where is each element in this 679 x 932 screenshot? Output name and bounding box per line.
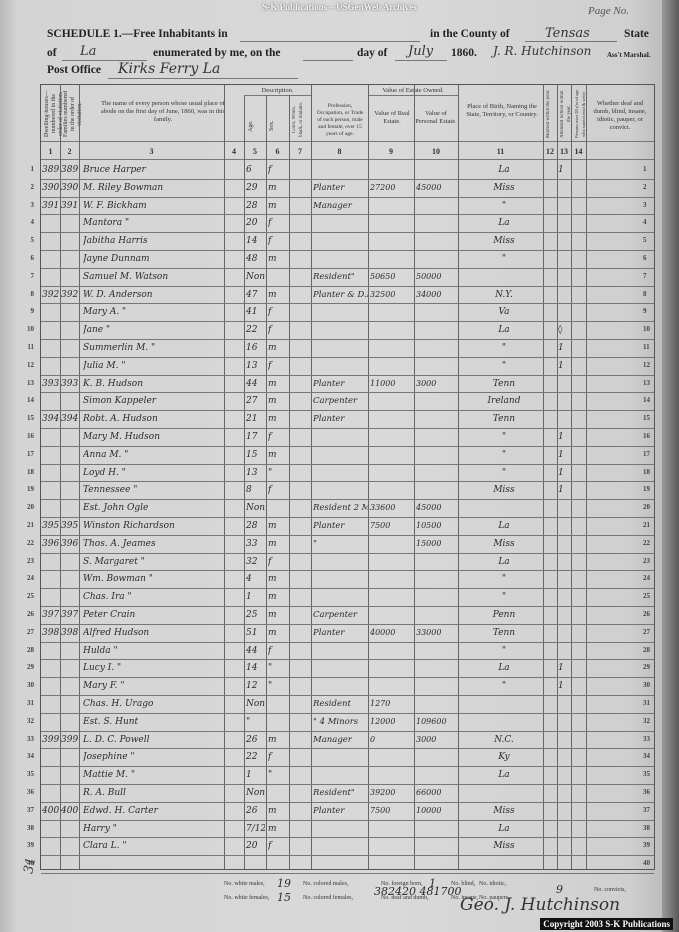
cell-sex: f <box>268 841 288 851</box>
header-illiterate: Persons over 20 y'rs of age who cannot r… <box>573 89 585 139</box>
row-number-right: 6 <box>643 254 647 262</box>
cell-sex: " <box>268 681 288 691</box>
cell-birth: Tenn <box>466 414 542 424</box>
row-number-right: 13 <box>643 379 650 387</box>
cell-birth: La <box>466 557 542 567</box>
row-number-left: 24 <box>20 574 34 582</box>
cell-dw: 393 <box>42 379 59 389</box>
cell-name: Est. S. Hunt <box>83 717 223 727</box>
cell-age: 13 <box>246 361 265 371</box>
table-row: Mary F. "12""1 <box>41 677 654 695</box>
state-label: State <box>624 28 649 40</box>
cell-birth: N.C. <box>466 735 542 745</box>
cell-re: 7500 <box>370 521 414 530</box>
row-number-right: 12 <box>643 361 650 369</box>
footer-idiotic-label: No. idiotic, <box>479 881 506 887</box>
row-number-right: 14 <box>643 396 650 404</box>
table-row: 400400Edwd. H. Carter26mPlanter750010000… <box>41 802 654 820</box>
row-number-right: 30 <box>643 681 650 689</box>
table-row: Josephine "22fKy <box>41 748 654 766</box>
cell-sex: f <box>268 218 288 228</box>
cell-age: 28 <box>246 201 265 211</box>
month-value: July <box>408 44 433 59</box>
estate-divider <box>368 95 458 96</box>
cell-dw: 400 <box>42 806 59 816</box>
month-line <box>395 60 447 61</box>
row-number-right: 1 <box>643 165 647 173</box>
row-number-left: 28 <box>20 646 34 654</box>
row-number-left: 2 <box>20 183 34 191</box>
state-value: La <box>80 44 96 59</box>
cell-occ: Resident" <box>313 788 368 798</box>
table-row: Julia M. "13f"1 <box>41 357 654 375</box>
cell-birth: " <box>466 592 542 602</box>
cell-birth: Ky <box>466 752 542 762</box>
cell-re: 7500 <box>370 806 414 815</box>
cell-age: 14 <box>246 663 265 673</box>
header-age: Age. <box>248 113 260 139</box>
cell-birth: La <box>466 325 542 335</box>
cell-sex: m <box>268 592 288 602</box>
cell-occ: Planter <box>313 414 368 424</box>
cell-birth: " <box>466 646 542 656</box>
footer-white-males-label: No. white males, <box>224 881 265 887</box>
copyright-badge: Copyright 2003 S-K Publications <box>540 918 673 930</box>
cell-name: Robt. A. Hudson <box>83 414 223 424</box>
cell-name: Alfred Hudson <box>83 628 223 638</box>
cell-school: 1 <box>558 361 571 371</box>
column-number: 10 <box>426 147 446 156</box>
table-row: Wm. Bowman "4m" <box>41 570 654 588</box>
cell-sex: f <box>268 646 288 656</box>
cell-fam: 393 <box>61 379 78 389</box>
row-number-right: 19 <box>643 485 650 493</box>
table-row: Anna M. "15m"1 <box>41 446 654 464</box>
post-office-line <box>108 78 298 79</box>
row-number-left: 32 <box>20 717 34 725</box>
row-number-right: 38 <box>643 824 650 832</box>
cell-age: 32 <box>246 557 265 567</box>
table-row: Samuel M. WatsonNonResident"5065050000 <box>41 268 654 286</box>
row-number-right: 29 <box>643 663 650 671</box>
table-row: S. Margaret "32fLa <box>41 553 654 571</box>
day-of-label: day of <box>357 47 387 59</box>
cell-birth: La <box>466 770 542 780</box>
cell-age: 28 <box>246 521 265 531</box>
table-row: Mary M. Hudson17f"1 <box>41 428 654 446</box>
cell-sex: m <box>268 414 288 424</box>
row-number-left: 16 <box>20 432 34 440</box>
cell-sex: m <box>268 574 288 584</box>
county-value: Tensas <box>545 26 590 41</box>
cell-age: 27 <box>246 396 265 406</box>
marshal-value: J. R. Hutchinson <box>493 44 591 58</box>
cell-pe: 3000 <box>416 379 458 388</box>
cell-name: Hulda " <box>83 646 223 656</box>
cell-age: 12 <box>246 681 265 691</box>
cell-re: 33600 <box>370 503 414 512</box>
cell-sex: m <box>268 521 288 531</box>
cell-name: Jane " <box>83 325 223 335</box>
cell-name: Harry " <box>83 824 223 834</box>
row-number-right: 25 <box>643 592 650 600</box>
cell-pe: 66000 <box>416 788 458 797</box>
table-row: Clara L. "20fMiss <box>41 837 654 855</box>
header-divider <box>41 141 654 142</box>
footer-white-females-label: No. white females, <box>224 895 269 901</box>
cell-sex: m <box>268 379 288 389</box>
cell-age: 25 <box>246 610 265 620</box>
table-row: Tennessee "8fMiss1 <box>41 481 654 499</box>
row-number-right: 28 <box>643 646 650 654</box>
row-number-right: 37 <box>643 806 650 814</box>
cell-sex: m <box>268 396 288 406</box>
row-number-left: 30 <box>20 681 34 689</box>
row-number-left: 34 <box>20 752 34 760</box>
cell-sex: m <box>268 201 288 211</box>
footer-white-females-value: 15 <box>277 891 291 904</box>
cell-sex: " <box>268 770 288 780</box>
table-row: Jabitha Harris14fMiss <box>41 232 654 250</box>
row-number-left: 7 <box>20 272 34 280</box>
cell-sex: f <box>268 307 288 317</box>
cell-re: 40000 <box>370 628 414 637</box>
cell-birth: " <box>466 201 542 211</box>
cell-age: 14 <box>246 236 265 246</box>
table-row <box>41 855 654 873</box>
cell-name: R. A. Bull <box>83 788 223 798</box>
table-row: Chas. H. UragoNonResident1270 <box>41 695 654 713</box>
page-edge <box>662 0 679 932</box>
cell-name: Winston Richardson <box>83 521 223 531</box>
cell-sex: m <box>268 183 288 193</box>
header-dwelling: Dwelling-houses—numbered in the order of… <box>44 89 60 139</box>
cell-occ: Manager <box>313 735 368 745</box>
cell-name: Bruce Harper <box>83 165 223 175</box>
table-row: Lucy I. "14"La1 <box>41 659 654 677</box>
cell-re: 0 <box>370 735 414 744</box>
table-row: Chas. Ira "1m" <box>41 588 654 606</box>
cell-age: 26 <box>246 735 265 745</box>
table-row: Mary A. "41fVa <box>41 303 654 321</box>
table-row: 395395Winston Richardson28mPlanter750010… <box>41 517 654 535</box>
footer-colored-males-label: No. colored males, <box>303 881 348 887</box>
row-number-left: 9 <box>20 307 34 315</box>
colnum-divider <box>41 159 654 160</box>
cell-name: W. D. Anderson <box>83 290 223 300</box>
cell-re: 11000 <box>370 379 414 388</box>
row-number-left: 13 <box>20 379 34 387</box>
cell-birth: Tenn <box>466 379 542 389</box>
county-label: in the County of <box>430 28 510 40</box>
cell-school: 1 <box>558 450 571 460</box>
row-number-left: 3 <box>20 201 34 209</box>
cell-pe: 50000 <box>416 272 458 281</box>
cell-sex: f <box>268 557 288 567</box>
cell-birth: Tenn <box>466 628 542 638</box>
footer-colored-females-label: No. colored females, <box>303 895 353 901</box>
column-number: 6 <box>268 147 288 156</box>
cell-school: 1 <box>558 485 571 495</box>
cell-fam: 391 <box>61 201 78 211</box>
row-number-right: 23 <box>643 557 650 565</box>
cell-birth: Penn <box>466 610 542 620</box>
column-number: 9 <box>381 147 401 156</box>
table-row: 398398Alfred Hudson51mPlanter4000033000T… <box>41 624 654 642</box>
row-number-left: 4 <box>20 218 34 226</box>
footer-estate-totals: 382420 481700 <box>374 885 461 898</box>
desc-divider <box>244 95 311 96</box>
row-number-left: 27 <box>20 628 34 636</box>
cell-age: 20 <box>246 218 265 228</box>
cell-dw: 394 <box>42 414 59 424</box>
cell-birth: Ireland <box>466 396 542 406</box>
cell-birth: " <box>466 361 542 371</box>
cell-age: 47 <box>246 290 265 300</box>
cell-age: 41 <box>246 307 265 317</box>
row-number-left: 36 <box>20 788 34 796</box>
cell-occ: Planter & D.M. <box>313 290 368 300</box>
cell-age: 1 <box>246 592 265 602</box>
row-number-left: 22 <box>20 539 34 547</box>
row-number-right: 40 <box>643 859 650 867</box>
row-number-right: 20 <box>643 503 650 511</box>
cell-name: L. D. C. Powell <box>83 735 223 745</box>
row-number-left: 17 <box>20 450 34 458</box>
cell-age: 17 <box>246 432 265 442</box>
cell-age: 4 <box>246 574 265 584</box>
cell-age: 44 <box>246 379 265 389</box>
row-number-left: 5 <box>20 236 34 244</box>
cell-age: 22 <box>246 752 265 762</box>
cell-sex: m <box>268 343 288 353</box>
cell-name: Anna M. " <box>83 450 223 460</box>
cell-name: Edwd. H. Carter <box>83 806 223 816</box>
row-number-right: 35 <box>643 770 650 778</box>
row-number-left: 31 <box>20 699 34 707</box>
row-number-right: 4 <box>643 218 647 226</box>
row-number-right: 5 <box>643 236 647 244</box>
cell-dw: 392 <box>42 290 59 300</box>
cell-name: M. Riley Bowman <box>83 183 223 193</box>
enumerated-label: enumerated by me, on the <box>153 47 280 59</box>
blank-line <box>240 41 420 42</box>
page-no-text: Page No. <box>588 5 629 17</box>
table-row: Harry "7/12mLa <box>41 820 654 838</box>
table-row: Loyd H. "13""1 <box>41 464 654 482</box>
cell-sex: m <box>268 254 288 264</box>
cell-fam: 396 <box>61 539 78 549</box>
cell-birth: La <box>466 165 542 175</box>
cell-age: Non <box>246 272 265 282</box>
cell-birth: " <box>466 432 542 442</box>
cell-fam: 399 <box>61 735 78 745</box>
row-number-left: 11 <box>20 343 34 351</box>
column-number: 1 <box>41 147 61 156</box>
cell-pe: 15000 <box>416 539 458 548</box>
day-line <box>303 60 353 61</box>
post-office-label: Post Office <box>47 64 101 76</box>
row-number-left: 23 <box>20 557 34 565</box>
row-number-right: 8 <box>643 290 647 298</box>
header-married: Married within the year. <box>545 89 557 139</box>
cell-sex: m <box>268 628 288 638</box>
signature: Geo. J. Hutchinson <box>460 895 620 915</box>
row-number-left: 37 <box>20 806 34 814</box>
census-table: Dwelling-houses—numbered in the order of… <box>40 84 655 870</box>
cell-occ: Planter <box>313 806 368 816</box>
header-name: The name of every person whose usual pla… <box>93 100 233 124</box>
header-occupation: Profession, Occupation, or Trade of each… <box>314 103 366 138</box>
column-number: 14 <box>569 147 589 156</box>
cell-school: 1 <box>558 663 571 673</box>
cell-birth: Miss <box>466 806 542 816</box>
county-line <box>525 41 617 42</box>
cell-birth: Miss <box>466 539 542 549</box>
cell-age: 6 <box>246 165 265 175</box>
cell-dw: 389 <box>42 165 59 175</box>
cell-sex: f <box>268 361 288 371</box>
cell-fam: 398 <box>61 628 78 638</box>
row-number-right: 2 <box>643 183 647 191</box>
cell-age: Non <box>246 503 265 513</box>
cell-fam: 390 <box>61 183 78 193</box>
cell-birth: La <box>466 521 542 531</box>
row-number-left: 10 <box>20 325 34 333</box>
cell-age: 26 <box>246 806 265 816</box>
cell-birth: " <box>466 343 542 353</box>
row-number-left: 40 <box>20 859 34 867</box>
cell-name: Jabitha Harris <box>83 236 223 246</box>
cell-age: 15 <box>246 450 265 460</box>
cell-name: Mary A. " <box>83 307 223 317</box>
cell-school: 1 <box>558 343 571 353</box>
cell-dw: 398 <box>42 628 59 638</box>
schedule-title: SCHEDULE 1.—Free Inhabitants in <box>47 28 228 40</box>
row-number-left: 19 <box>20 485 34 493</box>
cell-name: Loyd H. " <box>83 468 223 478</box>
cell-name: Jayne Dunnam <box>83 254 223 264</box>
cell-birth: Miss <box>466 236 542 246</box>
cell-name: Est. John Ogle <box>83 503 223 513</box>
marshal-label: Ass't Marshal. <box>607 51 651 59</box>
cell-age: 44 <box>246 646 265 656</box>
cell-name: Thos. A. Jeames <box>83 539 223 549</box>
cell-pe: 10000 <box>416 806 458 815</box>
table-row: 389389Bruce Harper6fLa1 <box>41 161 654 179</box>
header-description: Description. <box>244 87 311 95</box>
cell-pe: 34000 <box>416 290 458 299</box>
table-row: 393393K. B. Hudson44mPlanter110003000Ten… <box>41 375 654 393</box>
header-family: Families numbered in the order of visita… <box>63 89 79 139</box>
cell-name: Lucy I. " <box>83 663 223 673</box>
cell-birth: " <box>466 681 542 691</box>
cell-fam: 395 <box>61 521 78 531</box>
cell-age: 21 <box>246 414 265 424</box>
cell-re: 1270 <box>370 699 414 708</box>
cell-name: Mary F. " <box>83 681 223 691</box>
row-number-left: 1 <box>20 165 34 173</box>
cell-sex: f <box>268 165 288 175</box>
column-number: 5 <box>245 147 265 156</box>
row-number-right: 32 <box>643 717 650 725</box>
cell-occ: Carpenter <box>313 396 368 406</box>
cell-occ: Manager <box>313 201 368 211</box>
cell-re: 50650 <box>370 272 414 281</box>
row-number-left: 8 <box>20 290 34 298</box>
cell-birth: Miss <box>466 485 542 495</box>
table-row: Est. S. Hunt"" 4 Minors12000109600 <box>41 713 654 731</box>
row-number-left: 14 <box>20 396 34 404</box>
row-number-right: 10 <box>643 325 650 333</box>
table-row: Mattie M. "1"La <box>41 766 654 784</box>
cell-name: Mantora " <box>83 218 223 228</box>
cell-occ: Carpenter <box>313 610 368 620</box>
row-number-right: 31 <box>643 699 650 707</box>
table-row: Jane "22fLa◊ <box>41 321 654 339</box>
page-number-label: Page No. <box>588 4 629 17</box>
cell-birth: La <box>466 218 542 228</box>
cell-name: W. F. Bickham <box>83 201 223 211</box>
cell-pe: 3000 <box>416 735 458 744</box>
row-number-left: 33 <box>20 735 34 743</box>
cell-school: 1 <box>558 681 571 691</box>
cell-name: Samuel M. Watson <box>83 272 223 282</box>
column-number: 11 <box>491 147 511 156</box>
table-row: 397397Peter Crain25mCarpenterPenn <box>41 606 654 624</box>
cell-sex: f <box>268 325 288 335</box>
cell-age: 13 <box>246 468 265 478</box>
cell-name: Tennessee " <box>83 485 223 495</box>
row-number-right: 34 <box>643 752 650 760</box>
cell-age: 33 <box>246 539 265 549</box>
cell-age: Non <box>246 788 265 798</box>
cell-age: 48 <box>246 254 265 264</box>
cell-birth: La <box>466 663 542 673</box>
cell-age: 29 <box>246 183 265 193</box>
row-number-left: 21 <box>20 521 34 529</box>
cell-dw: 395 <box>42 521 59 531</box>
header-school: Attended School within the year. <box>559 89 571 139</box>
cell-fam: 392 <box>61 290 78 300</box>
cell-sex: f <box>268 432 288 442</box>
row-number-left: 12 <box>20 361 34 369</box>
row-number-left: 6 <box>20 254 34 262</box>
footer-convicts-label: No. convicts, <box>594 887 626 893</box>
cell-age: " <box>246 717 265 727</box>
cell-school: ◊ <box>558 325 571 335</box>
table-row: 390390M. Riley Bowman29mPlanter272004500… <box>41 179 654 197</box>
row-number-left: 20 <box>20 503 34 511</box>
year-label: 1860. <box>451 47 477 59</box>
cell-dw: 390 <box>42 183 59 193</box>
cell-name: Wm. Bowman " <box>83 574 223 584</box>
cell-sex: " <box>268 663 288 673</box>
column-number: 4 <box>224 147 244 156</box>
cell-name: Chas. Ira " <box>83 592 223 602</box>
cell-name: Chas. H. Urago <box>83 699 223 709</box>
cell-sex: f <box>268 752 288 762</box>
cell-age: 1 <box>246 770 265 780</box>
table-row: Est. John OgleNonResident 2 Miss33600450… <box>41 499 654 517</box>
cell-age: 51 <box>246 628 265 638</box>
cell-pe: 45000 <box>416 503 458 512</box>
cell-dw: 396 <box>42 539 59 549</box>
cell-occ: Resident" <box>313 272 368 282</box>
cell-birth: " <box>466 574 542 584</box>
cell-birth: " <box>466 254 542 264</box>
row-number-right: 18 <box>643 468 650 476</box>
